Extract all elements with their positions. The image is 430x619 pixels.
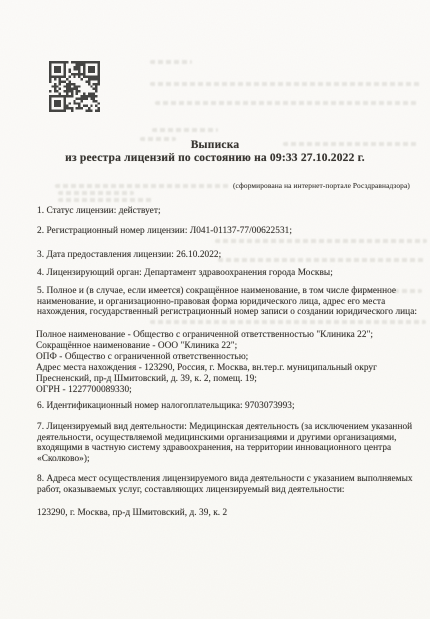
activity-type-paragraph: 7. Лицензируемый вид деятельности: Медиц… xyxy=(37,422,429,464)
inn-paragraph: 6. Идентификационный номер налогоплатель… xyxy=(37,401,425,412)
org-opf: ОПФ - Общество с ограниченной ответствен… xyxy=(36,352,428,363)
bleedthrough-line xyxy=(215,239,427,243)
qr-code xyxy=(49,61,100,112)
activity-address-value: 123290, г. Москва, пр-д Шмитовский, д. 3… xyxy=(37,508,425,519)
grant-date-paragraph: 3. Дата предоставления лицензии: 26.10.2… xyxy=(37,250,425,261)
scanned-document: Выписка из реестра лицензий по состоянию… xyxy=(0,0,430,619)
org-info-heading-paragraph: 5. Полное и (в случае, если имеется) сок… xyxy=(37,286,427,318)
bleedthrough-line xyxy=(152,128,218,132)
licensing-authority-paragraph: 4. Лицензирующий орган: Департамент здра… xyxy=(37,268,425,279)
bleedthrough-line xyxy=(150,320,426,324)
bleedthrough-line xyxy=(150,60,192,64)
org-full-name: Полное наименование - Общество с огранич… xyxy=(36,330,428,341)
activity-addresses-heading: 8. Адреса мест осуществления лицензируем… xyxy=(37,474,429,495)
bleedthrough-line xyxy=(58,198,154,202)
bleedthrough-line xyxy=(150,82,422,86)
license-status-paragraph: 1. Статус лицензии: действует; xyxy=(37,206,425,217)
bleedthrough-line xyxy=(55,184,229,188)
document-title-line2: из реестра лицензий по состоянию на 09:3… xyxy=(0,152,430,164)
org-address: Адрес места нахождения - 123290, Россия,… xyxy=(36,363,428,385)
org-short-name: Сокращённое наименование - ООО "Клиника … xyxy=(36,341,428,352)
registration-number-paragraph: 2. Регистрационный номер лицензии: Л041-… xyxy=(37,226,425,237)
bleedthrough-line xyxy=(58,191,134,195)
document-title: Выписка xyxy=(0,139,430,151)
org-ogrn: ОГРН - 1227700089330; xyxy=(36,385,428,396)
organization-block: Полное наименование - Общество с огранич… xyxy=(36,330,428,396)
bleedthrough-line xyxy=(155,101,417,105)
formed-note: (сформирована на интернет-портале Росздр… xyxy=(233,181,425,190)
